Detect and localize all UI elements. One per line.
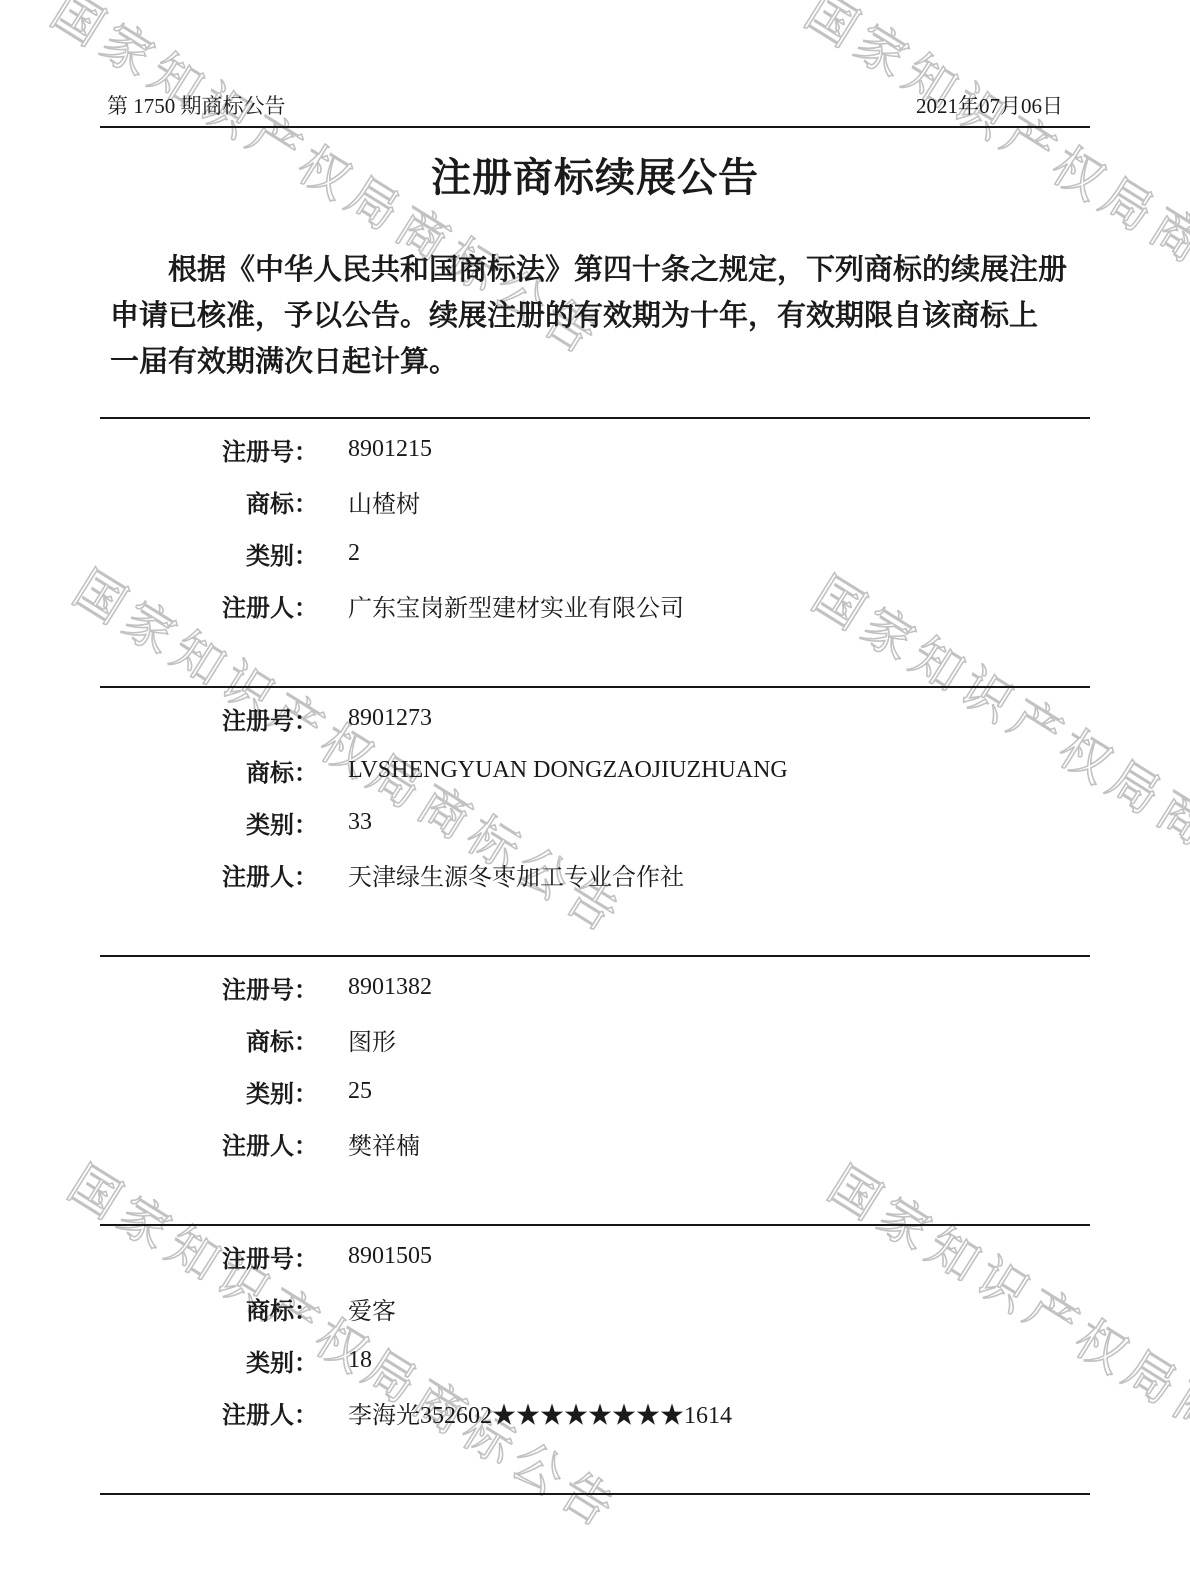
field-row-registrant: 注册人： 广东宝岗新型建材实业有限公司: [100, 579, 1090, 631]
field-value-registrant: 天津绿生源冬枣加工专业合作社: [348, 857, 684, 892]
field-row-trademark: 商标： 山楂树: [100, 475, 1090, 527]
field-value-category: 33: [348, 809, 372, 836]
field-row-registrant: 注册人： 李海光352602★★★★★★★★1614: [100, 1386, 1090, 1438]
field-label-registrant: 注册人：: [100, 857, 318, 892]
field-label-category: 类别：: [100, 536, 318, 571]
intro-line: 一届有效期满次日起计算。: [110, 339, 1090, 385]
record-1: 注册号： 8901215 商标： 山楂树 类别： 2 注册人： 广东宝岗新型建材…: [100, 417, 1090, 686]
field-row-regno: 注册号： 8901382: [100, 961, 1090, 1013]
field-value-trademark: LVSHENGYUAN DONGZAOJIUZHUANG: [348, 757, 788, 784]
field-label-regno: 注册号：: [100, 701, 318, 736]
field-value-category: 18: [348, 1347, 372, 1374]
record-4: 注册号： 8901505 商标： 爱客 类别： 18 注册人： 李海光35260…: [100, 1224, 1090, 1493]
field-row-trademark: 商标： 图形: [100, 1013, 1090, 1065]
field-value-category: 2: [348, 540, 360, 567]
page-title: 注册商标续展公告: [0, 146, 1190, 203]
field-label-registrant: 注册人：: [100, 1395, 318, 1430]
field-row-category: 类别： 18: [100, 1334, 1090, 1386]
field-row-category: 类别： 33: [100, 796, 1090, 848]
field-label-category: 类别：: [100, 1074, 318, 1109]
field-row-regno: 注册号： 8901215: [100, 423, 1090, 475]
field-label-registrant: 注册人：: [100, 588, 318, 623]
field-value-registrant: 樊祥楠: [348, 1126, 420, 1161]
field-row-trademark: 商标： LVSHENGYUAN DONGZAOJIUZHUANG: [100, 744, 1090, 796]
gazette-page: 国家知识产权局商标公告 国家知识产权局商标公告 国家知识产权局商标公告 国家知识…: [0, 0, 1190, 1596]
field-label-trademark: 商标：: [100, 1291, 318, 1326]
field-label-trademark: 商标：: [100, 1022, 318, 1057]
field-value-trademark: 图形: [348, 1022, 396, 1057]
intro-line: 申请已核准，予以公告。续展注册的有效期为十年，有效期限自该商标上: [110, 293, 1090, 339]
field-value-trademark: 山楂树: [348, 484, 420, 519]
gazette-issue: 第 1750 期商标公告: [107, 90, 286, 120]
field-row-regno: 注册号： 8901505: [100, 1230, 1090, 1282]
field-value-regno: 8901505: [348, 1243, 432, 1270]
field-row-registrant: 注册人： 天津绿生源冬枣加工专业合作社: [100, 848, 1090, 900]
record-2: 注册号： 8901273 商标： LVSHENGYUAN DONGZAOJIUZ…: [100, 686, 1090, 955]
field-label-category: 类别：: [100, 1343, 318, 1378]
field-value-regno: 8901382: [348, 974, 432, 1001]
field-label-category: 类别：: [100, 805, 318, 840]
field-label-regno: 注册号：: [100, 1239, 318, 1274]
field-row-category: 类别： 2: [100, 527, 1090, 579]
field-value-regno: 8901215: [348, 436, 432, 463]
field-row-category: 类别： 25: [100, 1065, 1090, 1117]
field-label-trademark: 商标：: [100, 753, 318, 788]
field-value-category: 25: [348, 1078, 372, 1105]
field-value-trademark: 爱客: [348, 1291, 396, 1326]
field-row-registrant: 注册人： 樊祥楠: [100, 1117, 1090, 1169]
field-row-trademark: 商标： 爱客: [100, 1282, 1090, 1334]
doc-header: 第 1750 期商标公告 2021年07月06日: [107, 90, 1063, 120]
field-label-regno: 注册号：: [100, 970, 318, 1005]
intro-paragraph: 根据《中华人民共和国商标法》第四十条之规定，下列商标的续展注册 申请已核准，予以…: [110, 247, 1090, 385]
field-row-regno: 注册号： 8901273: [100, 692, 1090, 744]
page-content: 第 1750 期商标公告 2021年07月06日 注册商标续展公告 根据《中华人…: [0, 0, 1190, 1596]
header-rule: [100, 126, 1090, 128]
field-value-regno: 8901273: [348, 705, 432, 732]
field-value-registrant: 李海光352602★★★★★★★★1614: [348, 1395, 732, 1430]
field-value-registrant: 广东宝岗新型建材实业有限公司: [348, 588, 684, 623]
record-3: 注册号： 8901382 商标： 图形 类别： 25 注册人： 樊祥楠: [100, 955, 1090, 1224]
gazette-date: 2021年07月06日: [916, 90, 1063, 120]
field-label-regno: 注册号：: [100, 432, 318, 467]
field-label-trademark: 商标：: [100, 484, 318, 519]
intro-line: 根据《中华人民共和国商标法》第四十条之规定，下列商标的续展注册: [110, 247, 1090, 293]
records-table: 注册号： 8901215 商标： 山楂树 类别： 2 注册人： 广东宝岗新型建材…: [100, 417, 1090, 1495]
field-label-registrant: 注册人：: [100, 1126, 318, 1161]
